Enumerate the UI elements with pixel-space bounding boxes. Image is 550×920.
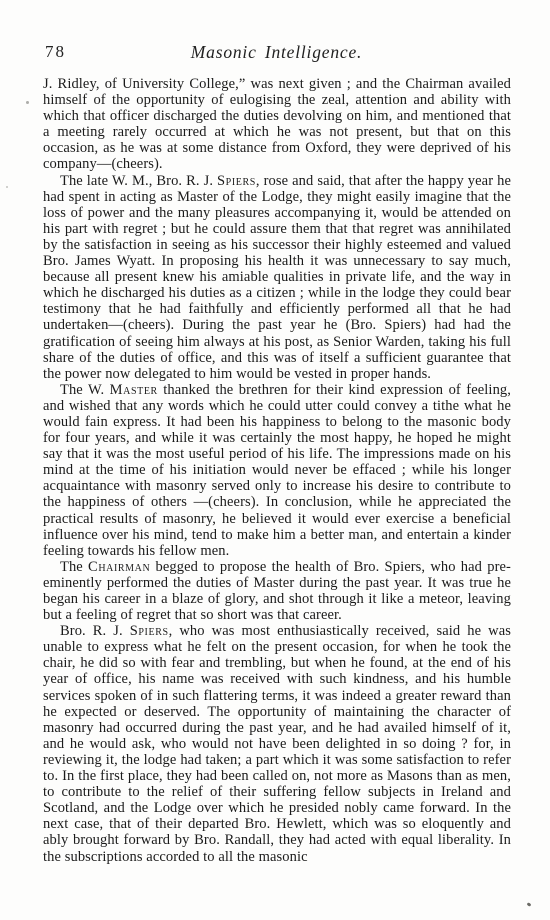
text-run: J. Ridley, of University College,” was n…: [43, 76, 511, 172]
text-block: J. Ridley, of University College,” was n…: [43, 76, 511, 865]
page-title: Masonic Intelligence.: [45, 42, 508, 63]
ink-speck: [26, 101, 29, 104]
ink-speck: [527, 902, 532, 907]
text-run: , who was most enthusiastically received…: [43, 623, 511, 864]
paragraph: The W. Master thanked the brethren for t…: [43, 382, 511, 559]
text-run: thanked the brethren for their kind expr…: [43, 382, 511, 559]
paragraph: Bro. R. J. Spiers, who was most enthusia…: [43, 623, 511, 864]
scanned-book-page: 78 Masonic Intelligence. J. Ridley, of U…: [0, 0, 550, 920]
running-header: 78 Masonic Intelligence.: [45, 42, 508, 62]
text-run: , rose and said, that after the happy ye…: [43, 173, 511, 382]
smallcaps-name: Spiers: [217, 173, 256, 189]
paragraph: J. Ridley, of University College,” was n…: [43, 76, 511, 173]
text-run: The late W. M., Bro. R. J.: [60, 173, 217, 189]
smallcaps-name: Spiers: [130, 623, 169, 639]
text-run: Bro. R. J.: [60, 623, 130, 639]
smallcaps-name: Chairman: [88, 559, 150, 575]
ink-speck: [6, 186, 8, 188]
paragraph: The Chairman begged to propose the healt…: [43, 559, 511, 623]
paragraph: The late W. M., Bro. R. J. Spiers, rose …: [43, 173, 511, 382]
smallcaps-name: Master: [110, 382, 158, 398]
text-run: The: [60, 559, 88, 575]
text-run: The W.: [60, 382, 110, 398]
